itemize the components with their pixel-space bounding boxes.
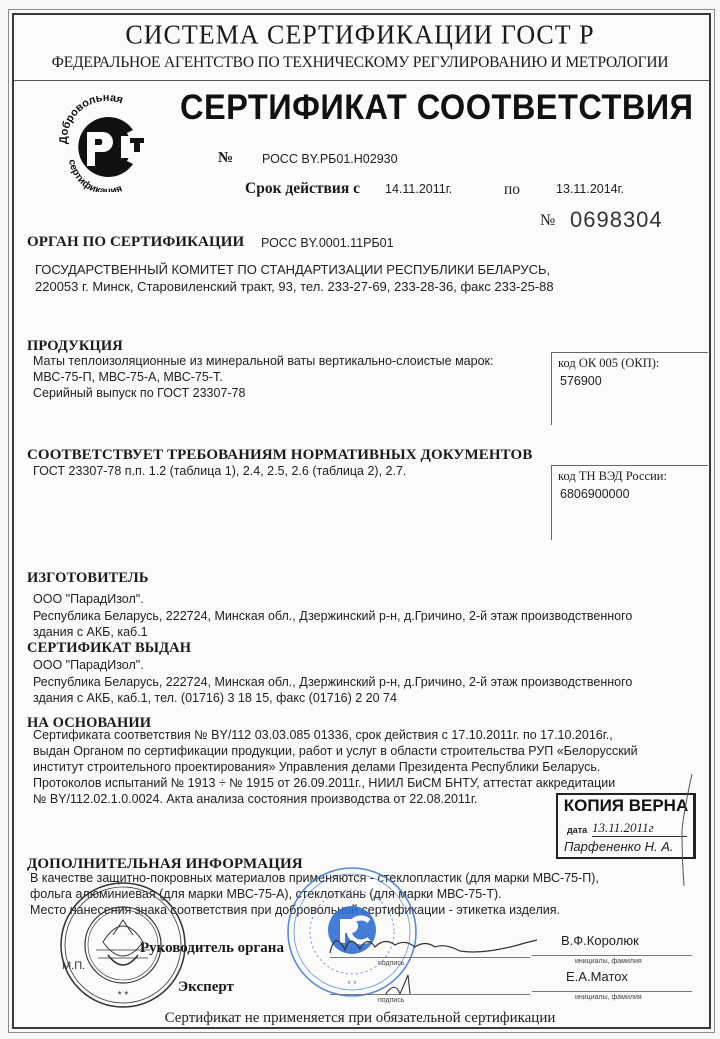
expert-name: Е.А.Матох [566, 969, 628, 984]
certificate-number-label: № [218, 150, 233, 167]
head-name: В.Ф.Королюк [561, 933, 639, 948]
product-line-3: Серийный выпуск по ГОСТ 23307-78 [33, 385, 245, 401]
system-title: СИСТЕМА СЕРТИФИКАЦИИ ГОСТ Р [0, 19, 720, 51]
pen-stroke-icon [660, 770, 700, 890]
certificate-title: СЕРТИФИКАТ СООТВЕТСТВИЯ [180, 88, 694, 128]
cert-body-code: РОСС BY.0001.11РБ01 [261, 236, 394, 250]
tnved-code-box: код ТН ВЭД России: 6806900000 [551, 465, 708, 540]
issued-to-line-3: здания с АКБ, каб.1, тел. (01716) 3 18 1… [33, 690, 397, 706]
issued-to-line-1: ООО "ПарадИзол". [33, 657, 144, 673]
head-signature-line [330, 957, 530, 958]
head-name-caption: инициалы, фамилия [575, 958, 642, 965]
expert-label: Эксперт [178, 979, 234, 996]
footer-note: Сертификат не применяется при обязательн… [0, 1010, 720, 1027]
expert-signature [380, 970, 440, 1000]
seal-place-label: М.П. [62, 960, 85, 972]
manufacturer-line-3: здания с АКБ, каб.1 [33, 624, 148, 640]
okp-code-value: 576900 [560, 374, 602, 388]
serial-number: 0698304 [570, 207, 663, 233]
product-line-2: МВС-75-П, МВС-75-А, МВС-75-Т. [33, 369, 223, 385]
tnved-code-label: код ТН ВЭД России: [558, 469, 667, 484]
head-signature [325, 925, 545, 960]
manufacturer-line-1: ООО "ПарадИзол". [33, 591, 144, 607]
expert-name-line [532, 991, 692, 992]
basis-line-3: институт строительного проектирования» У… [33, 759, 600, 775]
basis-line-4: Протоколов испытаний № 1913 ÷ № 1915 от … [33, 775, 615, 791]
basis-line-1: Сертификата соответствия № BY/112 03.03.… [33, 727, 613, 743]
cert-body-heading: ОРГАН ПО СЕРТИФИКАЦИИ [27, 234, 244, 251]
cert-body-line-2: 220053 г. Минск, Старовиленский тракт, 9… [35, 278, 554, 295]
basis-line-2: выдан Органом по сертификации продукции,… [33, 743, 638, 759]
header-divider [14, 80, 709, 81]
validity-label: Срок действия с [245, 180, 360, 198]
product-line-1: Маты теплоизоляционные из минеральной ва… [33, 353, 493, 369]
svg-text:* *: * * [347, 979, 357, 989]
manufacturer-line-2: Республика Беларусь, 222724, Минская обл… [33, 608, 632, 624]
conformity-line-1: ГОСТ 23307-78 п.п. 1.2 (таблица 1), 2.4,… [33, 463, 406, 479]
valid-to-label: по [504, 181, 520, 199]
tnved-code-value: 6806900000 [560, 487, 630, 501]
basis-line-5: № BY/112.02.1.0.0024. Акта анализа состо… [33, 791, 477, 807]
valid-to: 13.11.2014г. [556, 182, 624, 196]
valid-from: 14.11.2011г. [385, 182, 452, 196]
serial-number-label: № [540, 212, 555, 230]
head-of-body-label: Руководитель органа [140, 940, 284, 957]
agency-title: ФЕДЕРАЛЬНОЕ АГЕНТСТВО ПО ТЕХНИЧЕСКОМУ РЕ… [0, 54, 720, 72]
rst-voluntary-certification-icon: Добровольная сертификация [55, 92, 155, 192]
okp-code-box: код ОК 005 (ОКП): 576900 [551, 352, 708, 425]
copy-stamp-date-label: дата [567, 825, 587, 835]
expert-signature-caption: подпись [378, 997, 404, 1004]
okp-code-label: код ОК 005 (ОКП): [558, 356, 659, 371]
certificate-number: РОСС BY.РБ01.Н02930 [262, 152, 398, 166]
manufacturer-heading: ИЗГОТОВИТЕЛЬ [27, 570, 149, 587]
expert-name-caption: инициалы, фамилия [575, 994, 642, 1001]
head-signature-caption: подпись [378, 960, 404, 967]
head-name-line [532, 955, 692, 956]
conformity-heading: СООТВЕТСТВУЕТ ТРЕБОВАНИЯМ НОРМАТИВНЫХ ДО… [27, 447, 532, 464]
expert-signature-line [330, 994, 530, 995]
svg-text:* *: * * [118, 990, 129, 1001]
copy-stamp-name: Парфененко Н. А. [564, 839, 674, 854]
cert-body-line-1: ГОСУДАРСТВЕННЫЙ КОМИТЕТ ПО СТАНДАРТИЗАЦИ… [35, 261, 550, 278]
issued-to-line-2: Республика Беларусь, 222724, Минская обл… [33, 674, 632, 690]
issued-to-heading: СЕРТИФИКАТ ВЫДАН [27, 640, 191, 657]
